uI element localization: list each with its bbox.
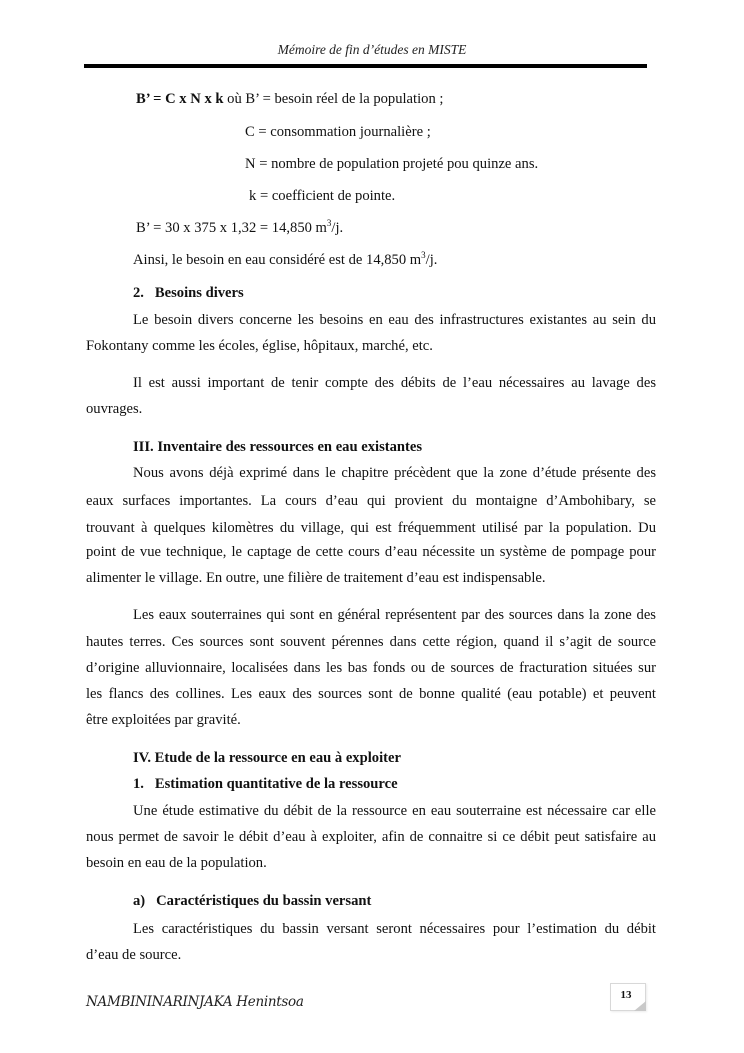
formula-where: où B’ = besoin réel de la population ; [224, 91, 444, 107]
paragraph-line: trouvant à quelques kilomètres du villag… [86, 519, 656, 537]
subsection-heading-estimation: 1. Estimation quantitative de la ressour… [133, 775, 398, 793]
conclusion-text: Ainsi, le besoin en eau considéré est de… [133, 252, 421, 268]
section-heading-inventaire: III. Inventaire des ressources en eau ex… [133, 438, 422, 456]
running-header-title: Mémoire de fin d’études en MISTE [0, 42, 744, 58]
formula-expression: B’ = C x N x k [136, 91, 224, 107]
footer-author: NAMBININARINJAKA Henintsoa [86, 994, 304, 1010]
section-heading-etude: IV. Etude de la ressource en eau à explo… [133, 749, 401, 767]
paragraph-line: nous permet de savoir le débit d’eau à e… [86, 828, 656, 846]
paragraph-line: Nous avons déjà exprimé dans le chapitre… [133, 464, 656, 482]
conclusion-unit: /j. [426, 252, 438, 268]
calc-unit: /j. [331, 220, 343, 236]
formula-c-definition: C = consommation journalière ; [245, 123, 431, 141]
paragraph-line: eaux surfaces importantes. La cours d’ea… [86, 492, 656, 510]
formula-conclusion: Ainsi, le besoin en eau considéré est de… [133, 251, 437, 269]
paragraph-line: point de vue technique, le captage de ce… [86, 543, 656, 561]
header-divider [84, 64, 647, 68]
formula-n-definition: N = nombre de population projeté pou qui… [245, 155, 538, 173]
paragraph-line: Une étude estimative du débit de la ress… [133, 802, 656, 820]
page-number-box: 13 [610, 983, 646, 1011]
formula-k-definition: k = coefficient de pointe. [249, 187, 395, 205]
paragraph-line: alimenter le village. En outre, une fili… [86, 569, 546, 587]
paragraph-line: être exploitées par gravité. [86, 711, 241, 729]
paragraph-line: ouvrages. [86, 400, 142, 418]
section-heading-besoins-divers: 2. Besoins divers [133, 284, 244, 302]
paragraph-line: Les caractéristiques du bassin versant s… [133, 920, 656, 938]
paragraph-line: besoin en eau de la population. [86, 854, 267, 872]
paragraph-line: Les eaux souterraines qui sont en généra… [133, 606, 656, 624]
formula-calculation: B’ = 30 x 375 x 1,32 = 14,850 m3/j. [136, 219, 343, 237]
paragraph-line: hautes terres. Ces sources sont souvent … [86, 633, 656, 651]
paragraph-line: d’origine alluvionnaire, localisées dans… [86, 659, 656, 677]
formula-line: B’ = C x N x k où B’ = besoin réel de la… [136, 90, 443, 108]
page-number: 13 [611, 989, 641, 1001]
paragraph-line: Fokontany comme les écoles, église, hôpi… [86, 337, 433, 355]
paragraph-line: d’eau de source. [86, 946, 181, 964]
paragraph-line: Le besoin divers concerne les besoins en… [133, 311, 656, 329]
paragraph-line: Il est aussi important de tenir compte d… [133, 374, 656, 392]
subsection-heading-bassin-versant: a) Caractéristiques du bassin versant [133, 892, 371, 910]
page-curl-icon [634, 1001, 646, 1011]
paragraph-line: les flancs des collines. Les eaux des so… [86, 685, 656, 703]
calc-text: B’ = 30 x 375 x 1,32 = 14,850 m [136, 220, 327, 236]
